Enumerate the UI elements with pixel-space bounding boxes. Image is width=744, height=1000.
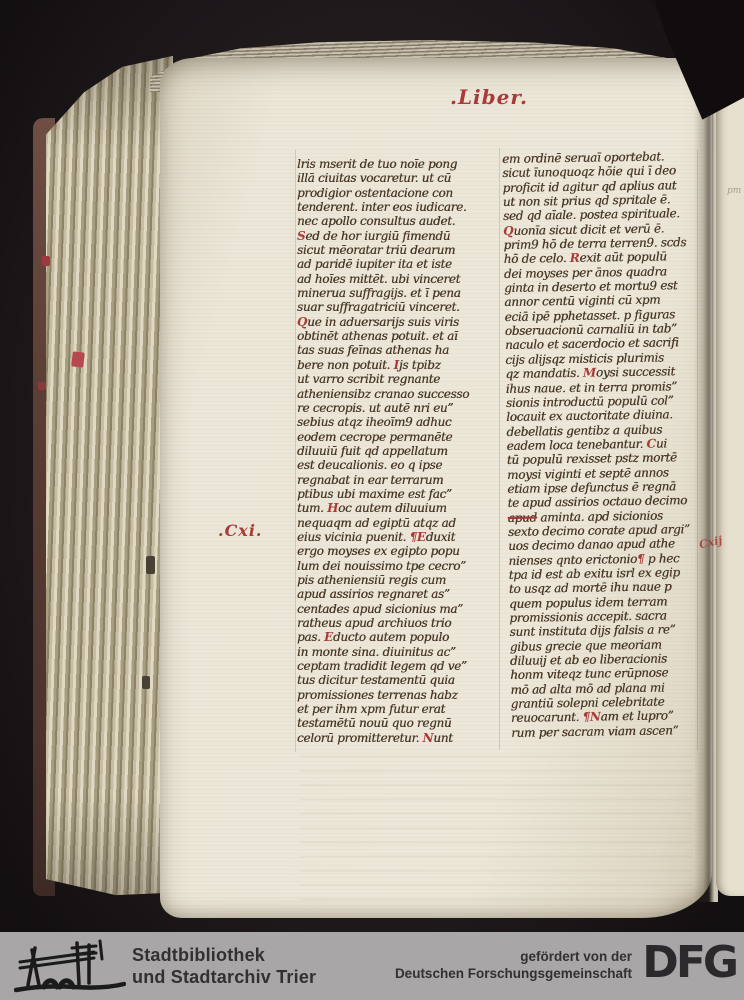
manuscript-line: tus dicitur testamentū quia: [297, 673, 499, 687]
manuscript-line: bere non potuit. Ijs tpibz: [297, 358, 499, 372]
manuscript-line: promissiones terrenas habz: [297, 688, 499, 702]
funding-credit-line2: Deutschen Forschungsgemeinschaft: [395, 966, 632, 983]
red-bookmark-tab: [42, 256, 50, 266]
trier-bridge-logo-icon: [14, 938, 126, 994]
manuscript-line: eius vicinia puenit. ¶Eduxit: [297, 530, 499, 544]
chapter-number-margin: .Cxi.: [218, 521, 263, 540]
library-name: Stadtbibliothek und Stadtarchiv Trier: [132, 944, 316, 988]
clasp-mark: [146, 556, 155, 574]
manuscript-line: Que in aduersarijs suis viris: [297, 315, 499, 329]
manuscript-line: celorū promitteretur. Nunt: [297, 731, 499, 745]
fore-edge-pages: [46, 50, 173, 896]
manuscript-line: atheniensibz cranao successo: [297, 387, 499, 401]
red-bookmark-tab: [71, 351, 85, 367]
text-showthrough: [300, 756, 692, 904]
footer-banner: Stadtbibliothek und Stadtarchiv Trier ge…: [0, 932, 744, 1000]
funding-credit: gefördert von der Deutschen Forschungsge…: [395, 949, 632, 982]
manuscript-line: in monte sina. diuinitus ac”: [297, 645, 499, 659]
manuscript-column-left: lris mserit de tuo noīe pongillā ciuitas…: [297, 157, 499, 745]
manuscript-line: lris mserit de tuo noīe pong: [297, 157, 499, 171]
manuscript-line: ad hoīes mittēt. ubi vinceret: [297, 272, 499, 286]
manuscript-line: pas. Educto autem populo: [297, 630, 499, 644]
manuscript-line: regnabat in ear terrarum: [297, 473, 499, 487]
manuscript-line: obtinēt athenas potuit. et aī: [297, 329, 499, 343]
manuscript-column-right: em ordinē seruaī oportebat.sicut īunoquo…: [502, 149, 713, 740]
manuscript-line: lum dei nouissimo tpe cecro”: [297, 559, 499, 573]
manuscript-line: minerua suffragijs. et ī pena: [297, 286, 499, 300]
manuscript-line: ceptam tradidit legem qd ve”: [297, 659, 499, 673]
manuscript-line: tas suas feīnas athenas ha: [297, 343, 499, 357]
manuscript-line: illā ciuitas vocaretur. ut cū: [297, 171, 499, 185]
red-bookmark-tab: [38, 382, 46, 390]
manuscript-line: pis atheniensiū regis cum: [297, 573, 499, 587]
manuscript-line: ergo moyses ex egipto popu: [297, 544, 499, 558]
library-name-line1: Stadtbibliothek: [132, 944, 316, 966]
dfg-logo: DFG: [642, 939, 736, 987]
manuscript-line: sicut mēoratar triū dearum: [297, 243, 499, 257]
manuscript-line: centades apud sicionius ma”: [297, 602, 499, 616]
funding-credit-line1: gefördert von der: [395, 949, 632, 966]
ruling-line: [295, 150, 296, 752]
manuscript-line: diluuiū fuit qd appellatum: [297, 444, 499, 458]
manuscript-line: tum. Hoc autem diluuium: [297, 501, 499, 515]
manuscript-line: nec apollo consultus audet.: [297, 214, 499, 228]
manuscript-line: re cecropis. ut autē nri eu”: [297, 401, 499, 415]
clasp-mark: [142, 676, 150, 689]
faint-margin-mark: pm: [727, 186, 741, 196]
manuscript-line: ad paridē iupiter ita et iste: [297, 257, 499, 271]
manuscript-line: ptibus ubi maxime est fac”: [297, 487, 499, 501]
page-heading: .Liber.: [450, 85, 560, 109]
manuscript-line: suar suffragatriciū vinceret.: [297, 300, 499, 314]
manuscript-line: testamētū nouū quo regnū: [297, 716, 499, 730]
manuscript-line: apud assirios regnaret as”: [297, 587, 499, 601]
manuscript-line: est deucalionis. eo q ipse: [297, 458, 499, 472]
library-name-line2: und Stadtarchiv Trier: [132, 966, 316, 988]
manuscript-line: Sed de hor iurgiū fimendū: [297, 229, 499, 243]
manuscript-line: ut varro scribit regnante: [297, 372, 499, 386]
manuscript-line: ratheus apud archiuos trio: [297, 616, 499, 630]
manuscript-line: prodigior ostentacione con: [297, 186, 499, 200]
manuscript-line: et per ihm xpm futur erat: [297, 702, 499, 716]
manuscript-line: sebius atqz iheoīm9 adhuc: [297, 415, 499, 429]
manuscript-line: nequaqm ad egiptū atqz ad: [297, 516, 499, 530]
manuscript-line: tenderent. inter eos iudicare.: [297, 200, 499, 214]
ruling-line: [499, 148, 500, 750]
manuscript-line: eodem cecrope permanēte: [297, 430, 499, 444]
